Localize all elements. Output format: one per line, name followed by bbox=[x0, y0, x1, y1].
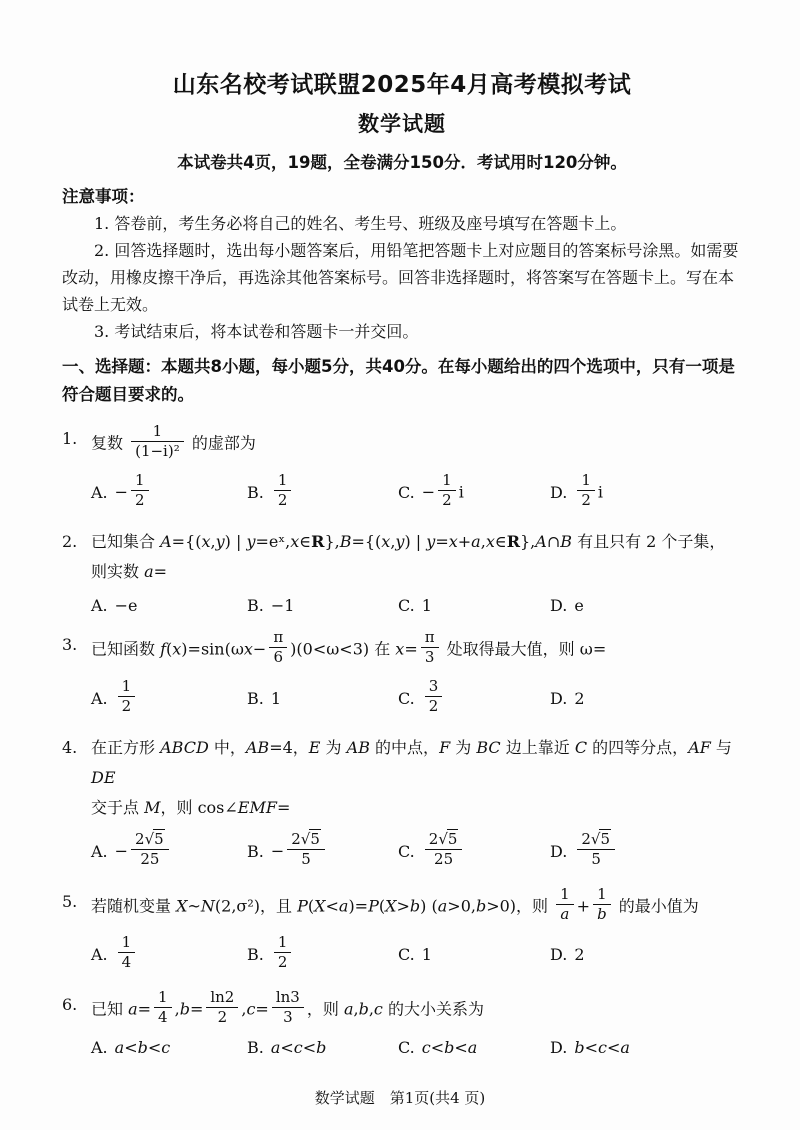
fraction: 12 bbox=[438, 472, 456, 510]
option-value: −2√525 bbox=[115, 832, 172, 872]
fraction: 2√525 bbox=[425, 831, 463, 869]
option-value: 1 bbox=[271, 689, 281, 708]
notice-item: 3. 考试结束后，将本试卷和答题卡一并交回。 bbox=[62, 318, 742, 345]
question: 3.已知函数 f(x)=sin(ωx−π6)(0<ω<3) 在 x=π3 处取得… bbox=[62, 630, 742, 718]
option-a: A.−12 bbox=[91, 473, 247, 513]
option-label: D. bbox=[550, 842, 567, 861]
option-value: 1 bbox=[422, 596, 432, 615]
question-stem: 已知集合 A={(x,y) | y=eˣ,x∈R},B={(x,y) | y=x… bbox=[91, 527, 742, 587]
option-value: 1 bbox=[422, 945, 432, 964]
question-stem-row: 2.已知集合 A={(x,y) | y=eˣ,x∈R},B={(x,y) | y… bbox=[62, 527, 742, 587]
option-value: −1 bbox=[271, 596, 295, 615]
notice-item: 2. 回答选择题时，选出每小题答案后，用铅笔把答题卡上对应题目的答案标号涂黑。如… bbox=[62, 237, 742, 318]
option-label: D. bbox=[550, 945, 567, 964]
option-value: 2√55 bbox=[574, 832, 618, 872]
option-a: A.14 bbox=[91, 935, 247, 975]
fraction: π3 bbox=[421, 629, 439, 667]
option-label: A. bbox=[91, 596, 108, 615]
fraction: 1(1−i)² bbox=[131, 423, 184, 461]
option-value: 14 bbox=[115, 935, 139, 975]
notice-item: 1. 答卷前，考生务必将自己的姓名、考生号、班级及座号填写在答题卡上。 bbox=[62, 210, 742, 237]
option-label: C. bbox=[398, 483, 415, 502]
option-value: −12i bbox=[422, 473, 464, 513]
fraction: 12 bbox=[274, 934, 292, 972]
fraction: ln33 bbox=[272, 989, 304, 1027]
question-number: 1. bbox=[62, 424, 91, 454]
option-label: C. bbox=[398, 689, 415, 708]
fraction: 12 bbox=[577, 472, 595, 510]
option-label: D. bbox=[550, 596, 567, 615]
option-value: 2 bbox=[574, 689, 584, 708]
option-label: B. bbox=[247, 596, 264, 615]
fraction: 2√55 bbox=[287, 831, 325, 869]
option-a: A.12 bbox=[91, 679, 247, 719]
question-number: 2. bbox=[62, 527, 91, 557]
option-label: D. bbox=[550, 483, 567, 502]
fraction: 1b bbox=[593, 886, 611, 924]
option-a: A.−e bbox=[91, 596, 247, 615]
question: 1.复数 1(1−i)² 的虚部为A.−12B.12C.−12iD.12i bbox=[62, 424, 742, 512]
option-label: A. bbox=[91, 842, 108, 861]
fraction: 14 bbox=[118, 934, 136, 972]
notice-list: 1. 答卷前，考生务必将自己的姓名、考生号、班级及座号填写在答题卡上。2. 回答… bbox=[62, 210, 742, 345]
fraction: 2√525 bbox=[131, 831, 169, 869]
question-stem: 若随机变量 X~N(2,σ²)，且 P(X<a)=P(X>b) (a>0,b>0… bbox=[91, 887, 742, 927]
option-value: 12 bbox=[115, 679, 139, 719]
fraction: 12 bbox=[118, 678, 136, 716]
option-label: A. bbox=[91, 945, 108, 964]
option-b: B.12 bbox=[247, 473, 398, 513]
option-label: C. bbox=[398, 1038, 415, 1057]
option-label: B. bbox=[247, 945, 264, 964]
radical: √5 bbox=[438, 830, 458, 848]
option-value: b<c<a bbox=[574, 1038, 630, 1057]
question: 2.已知集合 A={(x,y) | y=eˣ,x∈R},B={(x,y) | y… bbox=[62, 527, 742, 615]
question-stem-row: 3.已知函数 f(x)=sin(ωx−π6)(0<ω<3) 在 x=π3 处取得… bbox=[62, 630, 742, 670]
exam-paper-page: 山东名校考试联盟2025年4月高考模拟考试 数学试题 本试卷共4页，19题，全卷… bbox=[0, 0, 800, 1130]
exam-subtitle: 数学试题 bbox=[62, 108, 742, 138]
question-stem-row: 5.若随机变量 X~N(2,σ²)，且 P(X<a)=P(X>b) (a>0,b… bbox=[62, 887, 742, 927]
option-label: C. bbox=[398, 596, 415, 615]
question-stem-row: 4.在正方形 ABCD 中，AB=4，E 为 AB 的中点，F 为 BC 边上靠… bbox=[62, 733, 742, 823]
question-number: 6. bbox=[62, 990, 91, 1020]
exam-title: 山东名校考试联盟2025年4月高考模拟考试 bbox=[62, 66, 742, 99]
option-b: B.−1 bbox=[247, 596, 398, 615]
question-stem: 在正方形 ABCD 中，AB=4，E 为 AB 的中点，F 为 BC 边上靠近 … bbox=[91, 733, 742, 823]
option-c: C.2√525 bbox=[398, 832, 550, 872]
option-value: 12i bbox=[574, 473, 603, 513]
section-heading: 一、选择题：本题共8小题，每小题5分，共40分。在每小题给出的四个选项中，只有一… bbox=[62, 353, 742, 409]
option-b: B.−2√55 bbox=[247, 832, 398, 872]
fraction: 12 bbox=[131, 472, 149, 510]
option-label: B. bbox=[247, 483, 264, 502]
option-label: C. bbox=[398, 842, 415, 861]
option-c: C.1 bbox=[398, 945, 550, 964]
fraction: π6 bbox=[269, 629, 287, 667]
option-c: C.32 bbox=[398, 679, 550, 719]
question: 4.在正方形 ABCD 中，AB=4，E 为 AB 的中点，F 为 BC 边上靠… bbox=[62, 733, 742, 872]
option-d: D.e bbox=[550, 596, 742, 615]
option-c: C.−12i bbox=[398, 473, 550, 513]
radical: √5 bbox=[301, 830, 321, 848]
question-stem: 复数 1(1−i)² 的虚部为 bbox=[91, 424, 742, 464]
option-value: −e bbox=[115, 596, 138, 615]
question-number: 5. bbox=[62, 887, 91, 917]
option-row: A.−12B.12C.−12iD.12i bbox=[62, 473, 742, 513]
option-d: D.b<c<a bbox=[550, 1038, 742, 1057]
option-value: −12 bbox=[115, 473, 152, 513]
fraction: 32 bbox=[425, 678, 443, 716]
option-label: B. bbox=[247, 842, 264, 861]
question: 6.已知 a=14,b=ln22,c=ln33，则 a,b,c 的大小关系为A.… bbox=[62, 990, 742, 1058]
option-label: A. bbox=[91, 689, 108, 708]
option-label: D. bbox=[550, 689, 567, 708]
page-footer: 数学试题 第1页(共4 页) bbox=[0, 1087, 800, 1108]
option-row: A.−2√525B.−2√55C.2√525D.2√55 bbox=[62, 832, 742, 872]
option-row: A.14B.12C.1D.2 bbox=[62, 935, 742, 975]
question: 5.若随机变量 X~N(2,σ²)，且 P(X<a)=P(X>b) (a>0,b… bbox=[62, 887, 742, 975]
option-value: 2 bbox=[574, 945, 584, 964]
question-stem: 已知函数 f(x)=sin(ωx−π6)(0<ω<3) 在 x=π3 处取得最大… bbox=[91, 630, 742, 670]
radical: √5 bbox=[591, 830, 611, 848]
option-label: B. bbox=[247, 1038, 264, 1057]
option-label: A. bbox=[91, 1038, 108, 1057]
option-d: D.2 bbox=[550, 689, 742, 708]
fraction: 1a bbox=[556, 886, 574, 924]
option-d: D.2√55 bbox=[550, 832, 742, 872]
fraction: ln22 bbox=[206, 989, 238, 1027]
radical: √5 bbox=[145, 830, 165, 848]
option-label: A. bbox=[91, 483, 108, 502]
option-value: a<c<b bbox=[271, 1038, 327, 1057]
option-label: B. bbox=[247, 689, 264, 708]
option-row: A.−eB.−1C.1D.e bbox=[62, 596, 742, 615]
option-row: A.a<b<cB.a<c<bC.c<b<aD.b<c<a bbox=[62, 1038, 742, 1057]
question-number: 3. bbox=[62, 630, 91, 660]
option-b: B.12 bbox=[247, 935, 398, 975]
option-label: C. bbox=[398, 945, 415, 964]
question-list: 1.复数 1(1−i)² 的虚部为A.−12B.12C.−12iD.12i2.已… bbox=[62, 424, 742, 1057]
exam-info-line: 本试卷共4页，19题，全卷满分150分．考试用时120分钟。 bbox=[62, 149, 742, 173]
option-value: 32 bbox=[422, 679, 446, 719]
option-label: D. bbox=[550, 1038, 567, 1057]
option-value: 2√525 bbox=[422, 832, 466, 872]
option-a: A.−2√525 bbox=[91, 832, 247, 872]
option-value: e bbox=[574, 596, 583, 615]
option-c: C.1 bbox=[398, 596, 550, 615]
option-value: 12 bbox=[271, 473, 295, 513]
option-value: a<b<c bbox=[115, 1038, 171, 1057]
option-value: c<b<a bbox=[422, 1038, 478, 1057]
option-d: D.2 bbox=[550, 945, 742, 964]
option-value: −2√55 bbox=[271, 832, 328, 872]
fraction: 2√55 bbox=[577, 831, 615, 869]
question-stem: 已知 a=14,b=ln22,c=ln33，则 a,b,c 的大小关系为 bbox=[91, 990, 742, 1030]
option-a: A.a<b<c bbox=[91, 1038, 247, 1057]
option-b: B.a<c<b bbox=[247, 1038, 398, 1057]
option-d: D.12i bbox=[550, 473, 742, 513]
question-stem-row: 1.复数 1(1−i)² 的虚部为 bbox=[62, 424, 742, 464]
notice-heading: 注意事项： bbox=[62, 183, 742, 210]
option-b: B.1 bbox=[247, 689, 398, 708]
question-number: 4. bbox=[62, 733, 91, 763]
option-value: 12 bbox=[271, 935, 295, 975]
fraction: 14 bbox=[154, 989, 172, 1027]
option-row: A.12B.1C.32D.2 bbox=[62, 679, 742, 719]
question-stem-row: 6.已知 a=14,b=ln22,c=ln33，则 a,b,c 的大小关系为 bbox=[62, 990, 742, 1030]
fraction: 12 bbox=[274, 472, 292, 510]
option-c: C.c<b<a bbox=[398, 1038, 550, 1057]
